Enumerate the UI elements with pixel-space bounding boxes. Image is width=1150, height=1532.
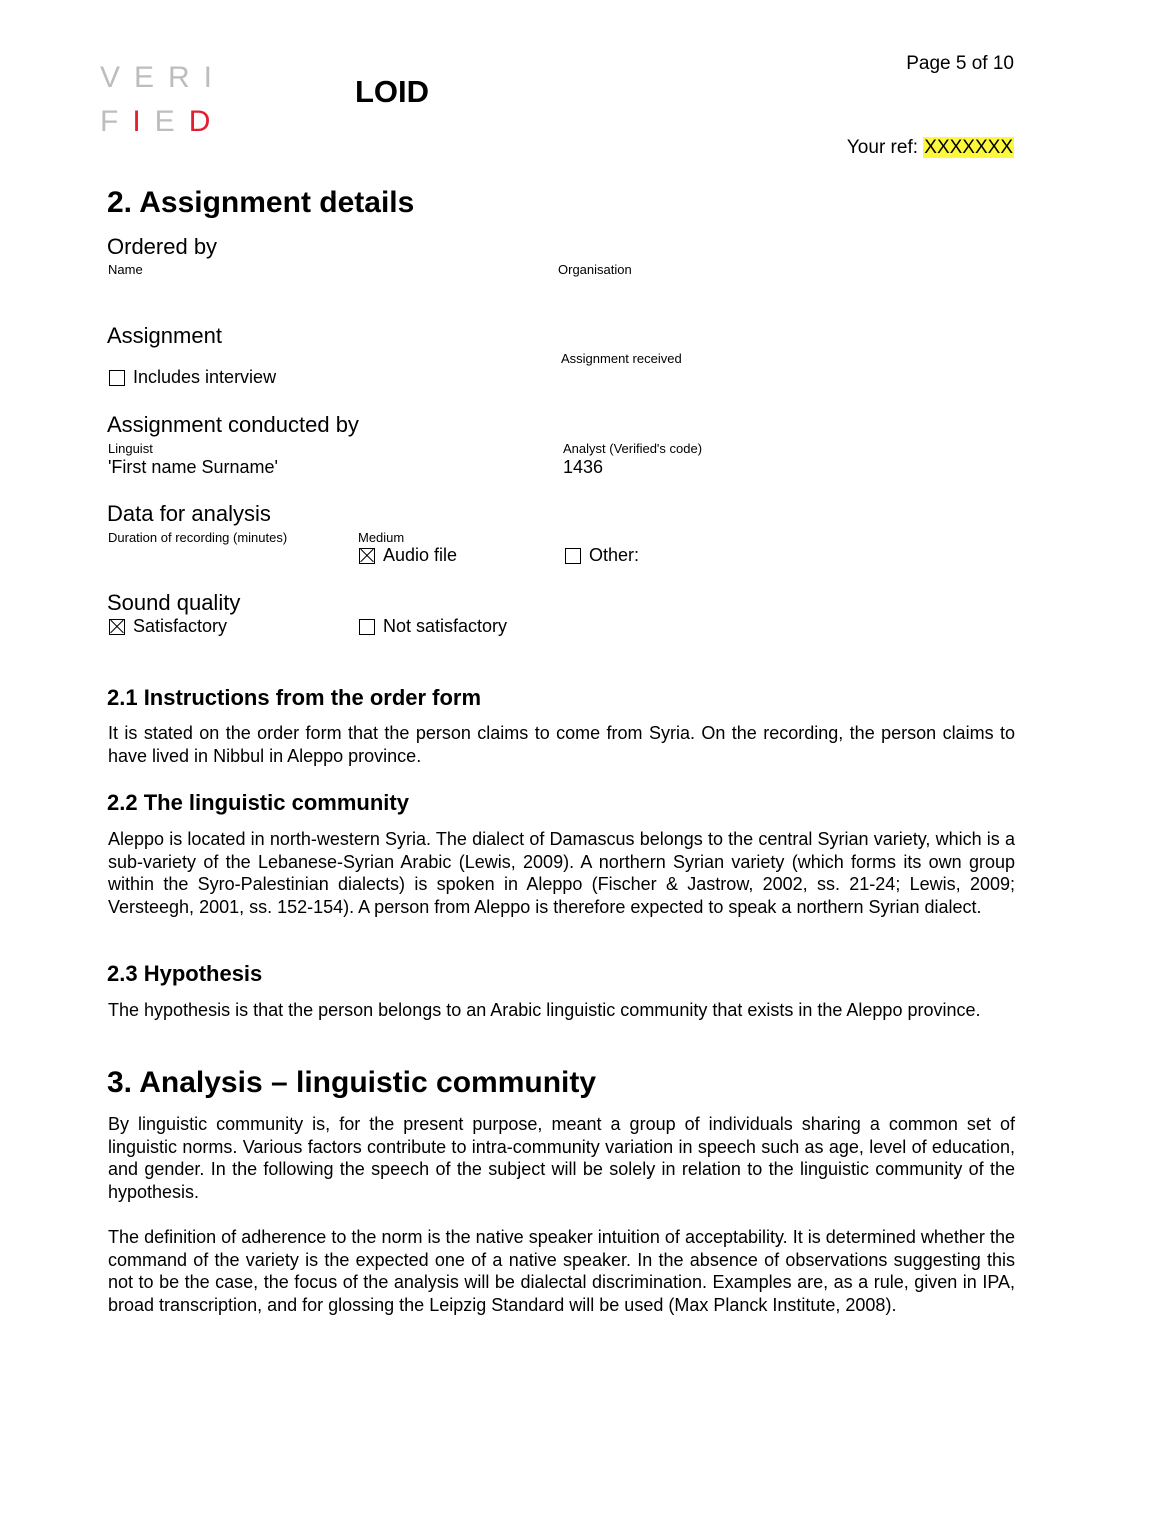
linguist-value: 'First name Surname'	[108, 457, 278, 478]
ordered-by-title: Ordered by	[107, 234, 217, 260]
subsection-2-3-heading: 2.3 Hypothesis	[107, 961, 262, 987]
organisation-label: Organisation	[558, 262, 632, 277]
other-option[interactable]: Other:	[565, 545, 639, 566]
not-satisfactory-label: Not satisfactory	[383, 616, 507, 637]
sound-quality-title: Sound quality	[107, 590, 240, 616]
assignment-title: Assignment	[107, 323, 222, 349]
audio-file-label: Audio file	[383, 545, 457, 566]
document-title: LOID	[355, 74, 429, 110]
verified-logo: VERI FIED	[100, 56, 226, 144]
not-satisfactory-checkbox[interactable]	[359, 619, 375, 635]
subsection-2-1-heading: 2.1 Instructions from the order form	[107, 685, 481, 711]
logo-letter-i: I	[132, 105, 154, 138]
includes-interview-option[interactable]: Includes interview	[109, 367, 276, 388]
section-3-paragraph-1: By linguistic community is, for the pres…	[108, 1113, 1015, 1203]
satisfactory-option[interactable]: Satisfactory	[109, 616, 227, 637]
logo-line-1: VERI	[100, 56, 226, 100]
includes-interview-checkbox[interactable]	[109, 370, 125, 386]
logo-letter-f: F	[100, 105, 132, 138]
conducted-by-title: Assignment conducted by	[107, 412, 359, 438]
logo-line-2: FIED	[100, 100, 226, 144]
other-label: Other:	[589, 545, 639, 566]
audio-file-option[interactable]: Audio file	[359, 545, 457, 566]
page-indicator: Page 5 of 10	[906, 53, 1014, 75]
not-satisfactory-option[interactable]: Not satisfactory	[359, 616, 507, 637]
duration-label: Duration of recording (minutes)	[108, 530, 287, 545]
your-ref-label: Your ref:	[847, 137, 918, 158]
your-reference: Your ref: XXXXXXX	[847, 137, 1014, 159]
satisfactory-label: Satisfactory	[133, 616, 227, 637]
linguist-label: Linguist	[108, 441, 153, 456]
analyst-value: 1436	[563, 457, 603, 478]
section-3-heading: 3. Analysis – linguistic community	[107, 1066, 596, 1100]
other-checkbox[interactable]	[565, 548, 581, 564]
subsection-2-2-text: Aleppo is located in north-western Syria…	[108, 828, 1015, 918]
data-for-analysis-title: Data for analysis	[107, 501, 271, 527]
analyst-label: Analyst (Verified's code)	[563, 441, 702, 456]
subsection-2-1-text: It is stated on the order form that the …	[108, 722, 1015, 767]
section-2-heading: 2. Assignment details	[107, 186, 414, 220]
assignment-received-label: Assignment received	[561, 351, 682, 366]
section-3-paragraph-2: The definition of adherence to the norm …	[108, 1226, 1015, 1316]
logo-letter-e: E	[155, 105, 189, 138]
name-label: Name	[108, 262, 143, 277]
logo-letter-d: D	[189, 105, 225, 138]
subsection-2-3-text: The hypothesis is that the person belong…	[108, 999, 1015, 1022]
audio-file-checkbox[interactable]	[359, 548, 375, 564]
subsection-2-2-heading: 2.2 The linguistic community	[107, 790, 409, 816]
satisfactory-checkbox[interactable]	[109, 619, 125, 635]
includes-interview-label: Includes interview	[133, 367, 276, 388]
medium-label: Medium	[358, 530, 404, 545]
your-ref-value: XXXXXXX	[923, 137, 1014, 158]
